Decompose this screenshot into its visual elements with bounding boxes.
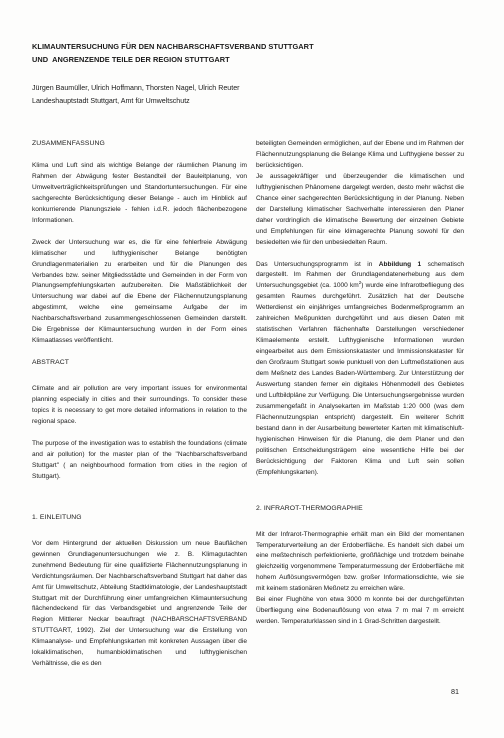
document-page: KLIMAUNTERSUCHUNG FÜR DEN NACHBARSCHAFTS…: [0, 0, 504, 738]
einleitung-paragraph-1: Vor dem Hintergrund der aktuellen Diskus…: [32, 539, 247, 670]
title-line-1: KLIMAUNTERSUCHUNG FÜR DEN NACHBARSCHAFTS…: [32, 40, 472, 53]
page-number: 81: [451, 687, 459, 697]
heading-abstract: ABSTRACT: [32, 358, 247, 369]
heading-einleitung: 1. EINLEITUNG: [32, 513, 247, 524]
heading-infrarot-thermographie: 2. INFRAROT-THERMOGRAPHIE: [256, 504, 464, 515]
left-column: ZUSAMMENFASSUNG Klima und Luft sind als …: [32, 139, 247, 670]
figure-reference: Abbildung 1: [379, 261, 421, 268]
right-column: beteiligten Gemeinden ermöglichen, auf d…: [256, 139, 464, 628]
author-names: Jürgen Baumüller, Ulrich Hoffmann, Thors…: [32, 82, 472, 95]
zusammenfassung-paragraph-2: Zweck der Untersuchung war es, die für e…: [32, 238, 247, 348]
einleitung-paragraph-2: beteiligten Gemeinden ermöglichen, auf d…: [256, 139, 464, 172]
author-block: Jürgen Baumüller, Ulrich Hoffmann, Thors…: [32, 82, 472, 108]
p4-text-post: ) wurde eine Infrarotbefliegung des gesa…: [256, 282, 464, 475]
paper-title: KLIMAUNTERSUCHUNG FÜR DEN NACHBARSCHAFTS…: [32, 40, 472, 66]
title-line-2: UND ANGRENZENDE TEILE DER REGION STUTTGA…: [32, 53, 472, 66]
einleitung-paragraph-3: Je aussagekräftiger und überzeugender di…: [256, 172, 464, 249]
abstract-paragraph-2: The purpose of the investigation was to …: [32, 439, 247, 483]
einleitung-paragraph-4: Das Untersuchungsprogramm ist in Abbildu…: [256, 260, 464, 479]
infrarot-paragraph-2: Bei einer Flughöhe von etwa 3000 m konnt…: [256, 595, 464, 628]
abstract-paragraph-1: Climate and air pollution are very impor…: [32, 384, 247, 428]
heading-zusammenfassung: ZUSAMMENFASSUNG: [32, 139, 247, 150]
infrarot-paragraph-1: Mit der Infrarot-Thermographie erhält ma…: [256, 530, 464, 596]
zusammenfassung-paragraph-1: Klima und Luft sind als wichtige Belange…: [32, 161, 247, 227]
author-affiliation: Landeshauptstadt Stuttgart, Amt für Umwe…: [32, 95, 472, 108]
p4-text-pre: Das Untersuchungsprogramm ist in: [256, 261, 379, 268]
